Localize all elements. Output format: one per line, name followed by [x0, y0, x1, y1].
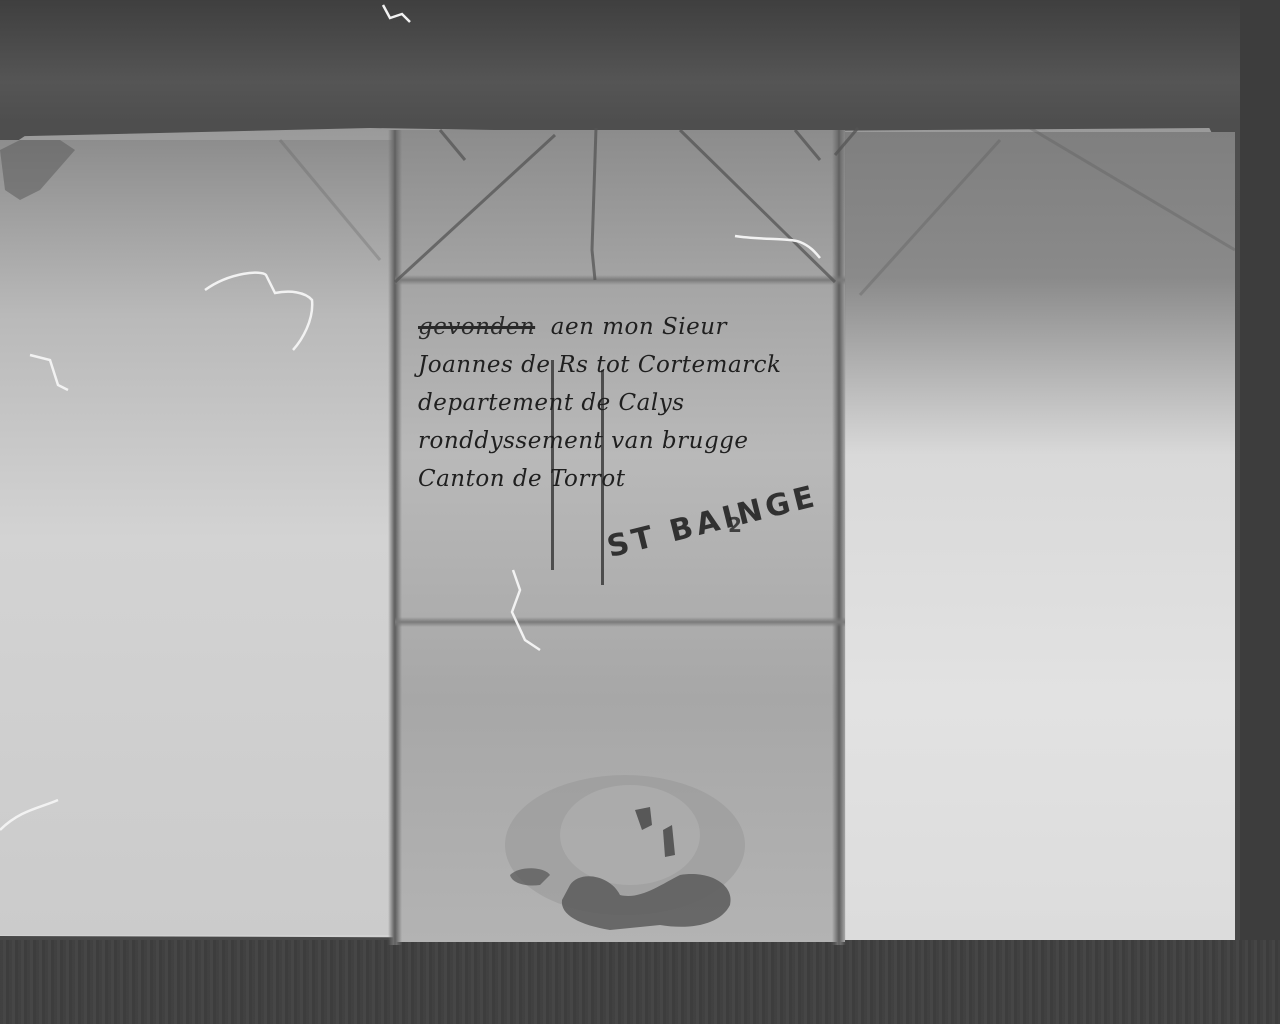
backdrop-right-edge: [1240, 0, 1280, 1024]
address-line-3: departement de Calys: [418, 384, 858, 422]
address-line-2: Joannes de Rs tot Cortemarck: [418, 346, 858, 384]
fold-line-top: [395, 275, 845, 285]
address-line-1: gevonden aen mon Sieur: [418, 308, 858, 346]
backdrop-bottom-fabric: [0, 940, 1280, 1024]
address-line-4: ronddyssement van brugge: [418, 422, 858, 460]
fold-line-right: [832, 130, 846, 945]
fold-line-middle: [395, 617, 845, 627]
salutation: aen mon Sieur: [551, 314, 727, 340]
fold-line-left: [388, 130, 402, 945]
struck-out-word: gevonden: [418, 314, 535, 340]
letter-right-panel: [845, 132, 1235, 940]
letter-left-panel: [0, 140, 395, 935]
handwritten-address: gevonden aen mon Sieur Joannes de Rs tot…: [418, 308, 858, 498]
wax-seal-remnant: [500, 775, 750, 935]
